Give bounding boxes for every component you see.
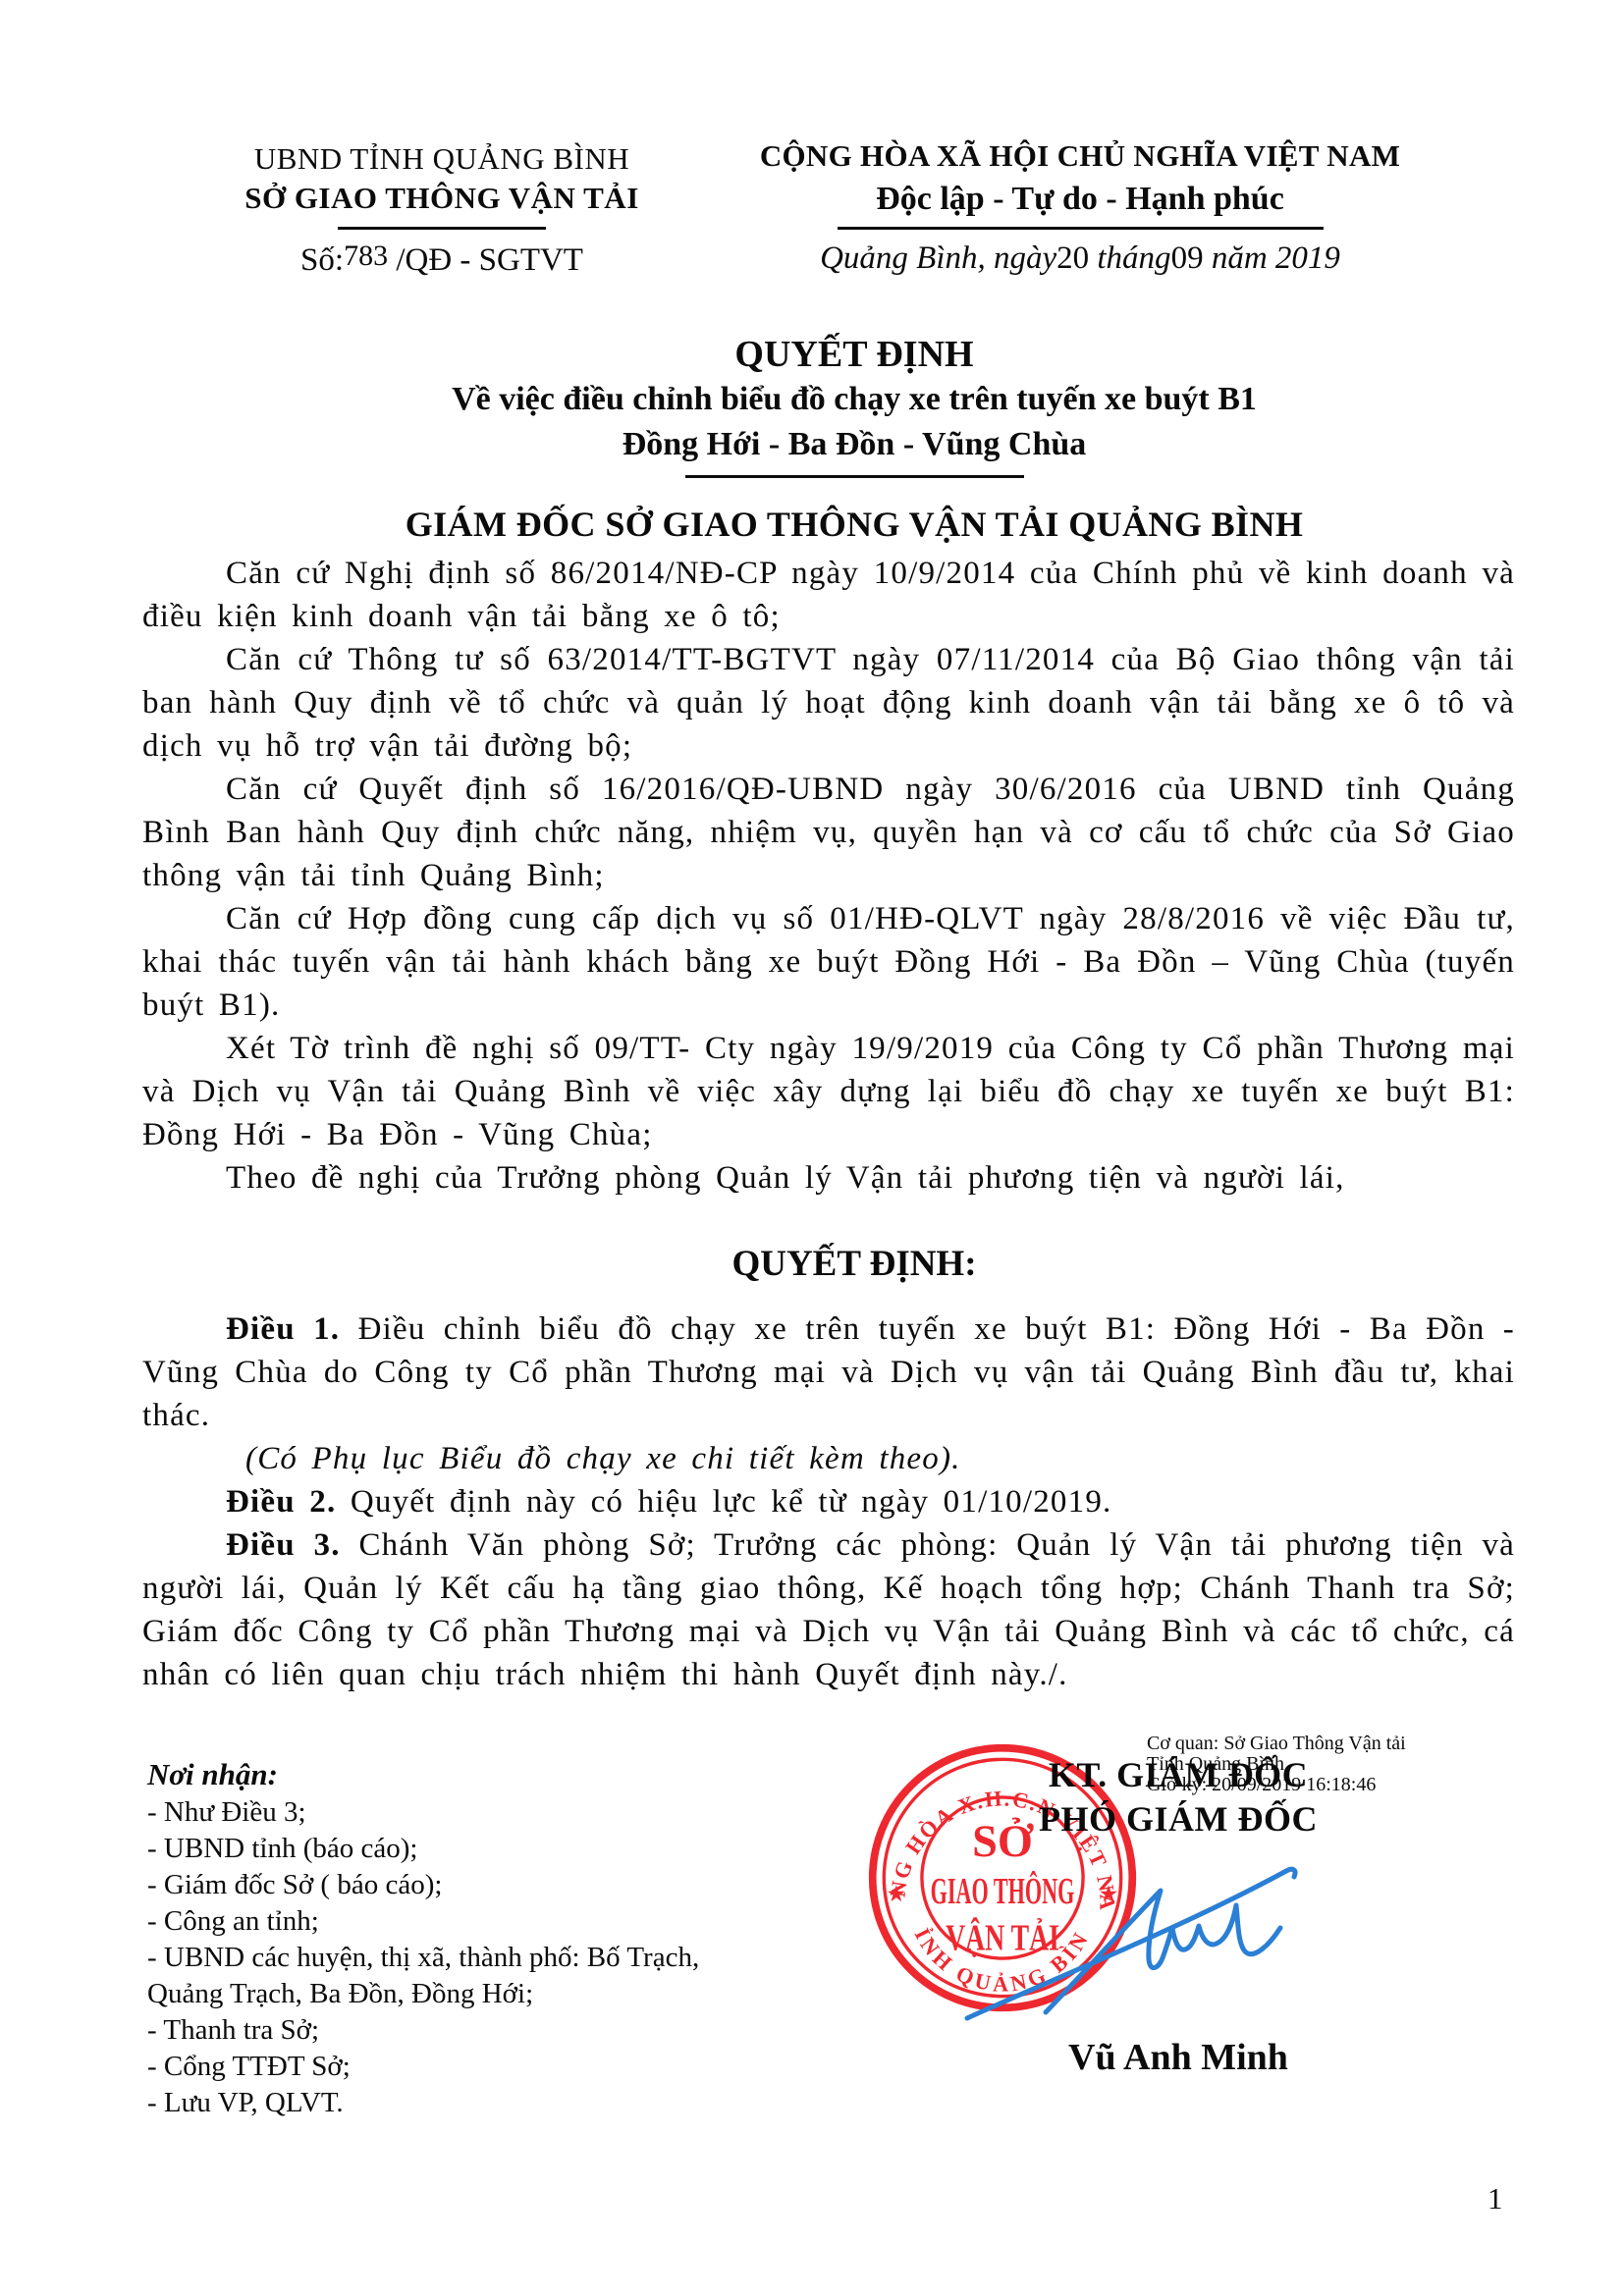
doc-type-heading: QUYẾT ĐỊNH (172, 332, 1537, 377)
article-3: Điều 3. Chánh Văn phòng Sở; Trưởng các p… (142, 1523, 1515, 1696)
preamble-paragraph: Căn cứ Hợp đồng cung cấp dịch vụ số 01/H… (142, 897, 1515, 1027)
recipient-item: - Như Điều 3; (147, 1794, 712, 1831)
digital-sig-time: Giờ ký: 20/09/2019 16:18:46 (1147, 1775, 1441, 1795)
article-2-text: Quyết định này có hiệu lực kể từ ngày 01… (351, 1484, 1112, 1520)
article-3-label: Điều 3. (226, 1527, 341, 1563)
article-3-text: Chánh Văn phòng Sở; Trưởng các phòng: Qu… (142, 1527, 1515, 1692)
motto-underline (838, 227, 1324, 230)
org-underline (338, 227, 546, 230)
preamble-paragraph: Xét Tờ trình đề nghị số 09/TT- Cty ngày … (142, 1027, 1515, 1156)
recipient-item: - Thanh tra Sở; (147, 2012, 712, 2049)
national-title: CỘNG HÒA XÃ HỘI CHỦ NGHĨA VIỆT NAM (756, 135, 1404, 177)
title-block: QUYẾT ĐỊNH Về việc điều chỉnh biểu đồ ch… (172, 332, 1537, 545)
doc-subject-line2: Đồng Hới - Ba Đồn - Vũng Chùa (172, 422, 1537, 467)
doc-number-line: Số:783 /QĐ - SGTVT (147, 242, 736, 279)
handwritten-signature (938, 1843, 1330, 2040)
appendix-note: (Có Phụ lục Biểu đồ chạy xe chi tiết kèm… (142, 1437, 1515, 1480)
org-name: SỞ GIAO THÔNG VẬN TẢI (147, 179, 736, 218)
article-1: Điều 1. Điều chỉnh biểu đồ chạy xe trên … (142, 1308, 1515, 1437)
digital-sig-province: Tỉnh Quảng Bình (1147, 1754, 1441, 1775)
national-header-block: CỘNG HÒA XÃ HỘI CHỦ NGHĨA VIỆT NAM Độc l… (756, 135, 1404, 277)
article-1-label: Điều 1. (226, 1311, 340, 1347)
preamble-paragraph: Căn cứ Quyết định số 16/2016/QĐ-UBND ngà… (142, 768, 1515, 897)
date-mid: tháng (1089, 240, 1170, 276)
doc-number-value: 783 (344, 240, 388, 272)
recipient-item: - Công an tỉnh; (147, 1903, 712, 1940)
doc-number-suffix: /QĐ - SGTVT (388, 242, 583, 278)
national-motto: Độc lập - Tự do - Hạnh phúc (756, 177, 1404, 222)
deciding-authority: GIÁM ĐỐC SỞ GIAO THÔNG VẬN TẢI QUẢNG BÌN… (172, 504, 1537, 545)
recipient-item: - Cổng TTĐT Sở; (147, 2049, 712, 2085)
article-1-text: Điều chỉnh biểu đồ chạy xe trên tuyến xe… (142, 1311, 1515, 1433)
digital-signature-info: Cơ quan: Sở Giao Thông Vận tải Tỉnh Quản… (1147, 1734, 1441, 1795)
seal-star-left: ★ (886, 1882, 906, 1907)
date-day: 20 (1056, 240, 1089, 276)
org-parent-name: UBND TỈNH QUẢNG BÌNH (147, 139, 736, 179)
preamble-paragraph: Căn cứ Thông tư số 63/2014/TT-BGTVT ngày… (142, 638, 1515, 768)
signature-flourish-stroke (967, 1869, 1295, 2018)
date-suffix: năm 2019 (1204, 240, 1340, 276)
date-month: 09 (1171, 240, 1204, 276)
recipient-item: - UBND các huyện, thị xã, thành phố: Bố … (147, 1940, 712, 2012)
preamble-paragraph: Theo đề nghị của Trưởng phòng Quản lý Vậ… (142, 1156, 1515, 1200)
page-number: 1 (1488, 2181, 1503, 2216)
date-prefix: Quảng Bình, ngày (820, 240, 1056, 276)
recipients-block: Nơi nhận: - Như Điều 3; - UBND tỉnh (báo… (147, 1755, 712, 2121)
recipients-heading: Nơi nhận: (147, 1755, 712, 1794)
preamble-section: Căn cứ Nghị định số 86/2014/NĐ-CP ngày 1… (142, 552, 1515, 1200)
preamble-paragraph: Căn cứ Nghị định số 86/2014/NĐ-CP ngày 1… (142, 552, 1515, 638)
document-page: UBND TỈNH QUẢNG BÌNH SỞ GIAO THÔNG VẬN T… (0, 0, 1624, 2296)
title-underline (685, 475, 1024, 478)
recipient-item: - Lưu VP, QLVT. (147, 2085, 712, 2121)
article-2: Điều 2. Quyết định này có hiệu lực kể từ… (142, 1480, 1515, 1523)
recipient-item: - Giám đốc Sở ( báo cáo); (147, 1867, 712, 1903)
place-date-line: Quảng Bình, ngày20 tháng09 năm 2019 (756, 240, 1404, 277)
doc-subject-line1: Về việc điều chỉnh biểu đồ chạy xe trên … (172, 377, 1537, 422)
signer-name: Vũ Anh Minh (997, 2036, 1360, 2079)
signature-name-stroke (1046, 1891, 1280, 2012)
decision-heading: QUYẾT ĐỊNH: (172, 1243, 1537, 1285)
articles-section: Điều 1. Điều chỉnh biểu đồ chạy xe trên … (142, 1308, 1515, 1696)
digital-sig-agency: Cơ quan: Sở Giao Thông Vận tải (1147, 1734, 1441, 1754)
article-2-label: Điều 2. (226, 1484, 336, 1520)
issuing-org-block: UBND TỈNH QUẢNG BÌNH SỞ GIAO THÔNG VẬN T… (147, 139, 736, 279)
recipient-item: - UBND tỉnh (báo cáo); (147, 1831, 712, 1867)
doc-number-label: Số: (300, 242, 344, 278)
